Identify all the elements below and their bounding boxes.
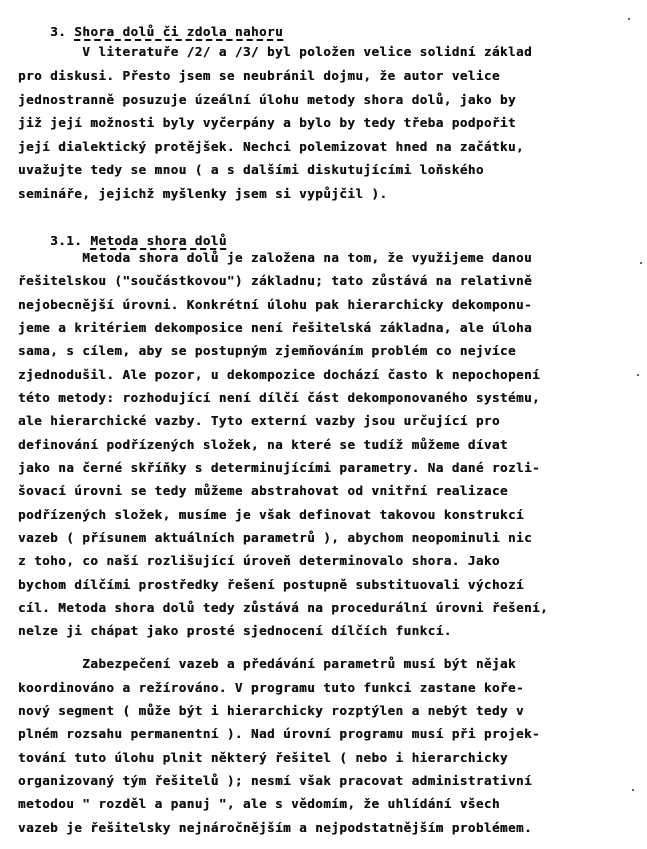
text-line: vazeb ( přísunem aktuálních parametrů ),… [18, 530, 532, 546]
scan-speck [632, 789, 634, 791]
text-line: šovací úrovni se tedy můžeme abstrahovat… [18, 483, 508, 499]
text-line: Metoda shora dolů je založena na tom, že… [18, 250, 532, 266]
text-line: jeme a kritériem dekomposice není řešite… [18, 320, 532, 336]
text-line: ale hierarchické vazby. Tyto externí vaz… [18, 413, 500, 429]
text-line: sama, s cílem, aby se postupným zjemňová… [18, 343, 516, 359]
text-line: jednostranně posuzuje úzeální úlohu meto… [18, 92, 516, 108]
text-line: jako na černé skříňky s determinujícími … [18, 460, 540, 476]
text-line: koordinováno a režírováno. V programu tu… [18, 680, 524, 696]
section-3-1-number: 3.1. [50, 233, 82, 248]
text-line: nový segment ( může být i hierarchicky r… [18, 703, 524, 719]
text-line: Zabezpečení vazeb a předávání parametrů … [18, 656, 516, 672]
text-line: plném rozsahu permanentní ). Nad úrovní … [18, 726, 540, 742]
scan-speck [637, 374, 639, 376]
text-line: cíl. Metoda shora dolů tedy zůstává na p… [18, 600, 548, 616]
text-line: vazeb je řešitelsky nejnáročnějším a nej… [18, 820, 532, 836]
section-3-title: Shora dolů či zdola nahoru [74, 24, 283, 39]
text-line: uvažujte tedy se mnou ( a s dalšími disk… [18, 162, 484, 178]
section-3-1-title: Metoda shora dolů [90, 233, 227, 248]
text-line: bychom dílčími prostředky řešení postupn… [18, 577, 524, 593]
text-line: metodou " rozděl a panuj ", ale s vědomí… [18, 796, 500, 812]
text-line: nejobecnější úrovni. Konkrétní úlohu pak… [18, 297, 532, 313]
text-line: řešitelskou ("součástkovou") základnu; t… [18, 273, 532, 289]
text-line: V literatuře /2/ a /3/ byl položen velic… [18, 44, 532, 60]
typewritten-page: 3. Shora dolů či zdola nahoru V literatu… [0, 0, 647, 849]
text-line: organizovaný tým řešitelů ); nesmí však … [18, 773, 532, 789]
section-3-number: 3. [50, 24, 66, 39]
text-line: nelze ji chápat jako prosté sjednocení d… [18, 623, 452, 639]
text-line: této metody: rozhodující není dílčí část… [18, 390, 540, 406]
text-line: zjednodušil. Ale pozor, u dekompozice do… [18, 367, 540, 383]
text-line: z toho, co naší rozlišující úroveň deter… [18, 553, 500, 569]
text-line: již její možnosti byly vyčerpány a bylo … [18, 115, 516, 131]
scan-speck [628, 18, 630, 20]
text-line: pro diskusi. Přesto jsem se neubránil do… [18, 68, 500, 84]
scan-speck [640, 262, 642, 264]
text-line: tování tuto úlohu plnit některý řešitel … [18, 750, 508, 766]
text-line: semináře, jejichž myšlenky jsem si vypůj… [18, 186, 387, 202]
text-line: definování podřízených složek, na které … [18, 437, 508, 453]
text-line: její dialektický protějšek. Nechci polem… [18, 139, 524, 155]
text-line: podřízených složek, musíme je však defin… [18, 507, 524, 523]
